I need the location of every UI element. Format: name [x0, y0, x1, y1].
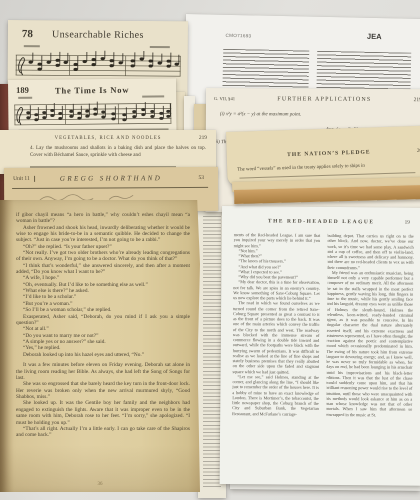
recipe-step: 4. Lay the mushrooms and shallots in a b… — [30, 145, 206, 158]
running-head-row: THE RED-HEADED LEAGUE 19 — [238, 218, 410, 226]
running-head-row: THE NATION’S PLEDGE 208 — [241, 148, 420, 160]
running-head-row: G. VII, §41 FURTHER APPLICATIONS 219 — [214, 96, 420, 103]
running-head: THE NATION’S PLEDGE — [241, 148, 417, 160]
author-credit — [142, 95, 164, 97]
music-staff — [14, 50, 182, 79]
sherlock-page-red-headed-league: THE RED-HEADED LEAGUE 19 ments of the Re… — [220, 206, 420, 486]
running-head: THE RED-HEADED LEAGUE — [238, 218, 405, 225]
header-rule — [12, 187, 208, 189]
composer-credit — [24, 45, 40, 47]
directory-running-head: JEA — [367, 32, 382, 41]
book-title: GREGG SHORTHAND — [4, 174, 218, 183]
hymn-title: The Time Is Now — [8, 84, 176, 96]
section-label: G. VII, §41 — [214, 96, 235, 101]
photo-of-vintage-book-pages: CMO71693 JEA 78 Unsearchable Riches — [0, 0, 420, 500]
music-staff — [12, 99, 172, 127]
hymn-title: Unsearchable Riches — [8, 29, 188, 41]
column-2: building depot. That carries us right on… — [325, 233, 414, 476]
running-head: FURTHER APPLICATIONS — [235, 96, 414, 103]
problem-i: (i) x²y = a²(x − y) at the maximum point… — [220, 112, 301, 117]
novel-body-text: if gibor chayil means “a hero in battle,… — [16, 212, 190, 439]
fine-print-lines — [203, 216, 221, 488]
page-number: 36 — [0, 482, 200, 487]
page-number: 219 — [199, 135, 207, 141]
body-text: The word “vessels” as used in the treaty… — [237, 162, 420, 173]
novel-page: if gibor chayil means “a hero in battle,… — [0, 200, 200, 492]
running-head: VEGETABLES, RICE AND NOODLES — [0, 136, 216, 141]
directory-code: CMO71693 — [226, 33, 252, 39]
composer-credit — [18, 97, 32, 99]
page-number: 19 — [405, 220, 410, 226]
page-number: 53 — [198, 175, 204, 181]
page-number: 219 — [414, 97, 420, 103]
two-column-text: ments of the Red-headed League. I am sur… — [232, 232, 414, 476]
author-credit — [150, 46, 170, 48]
column-1: ments of the Red-headed League. I am sur… — [232, 232, 321, 475]
